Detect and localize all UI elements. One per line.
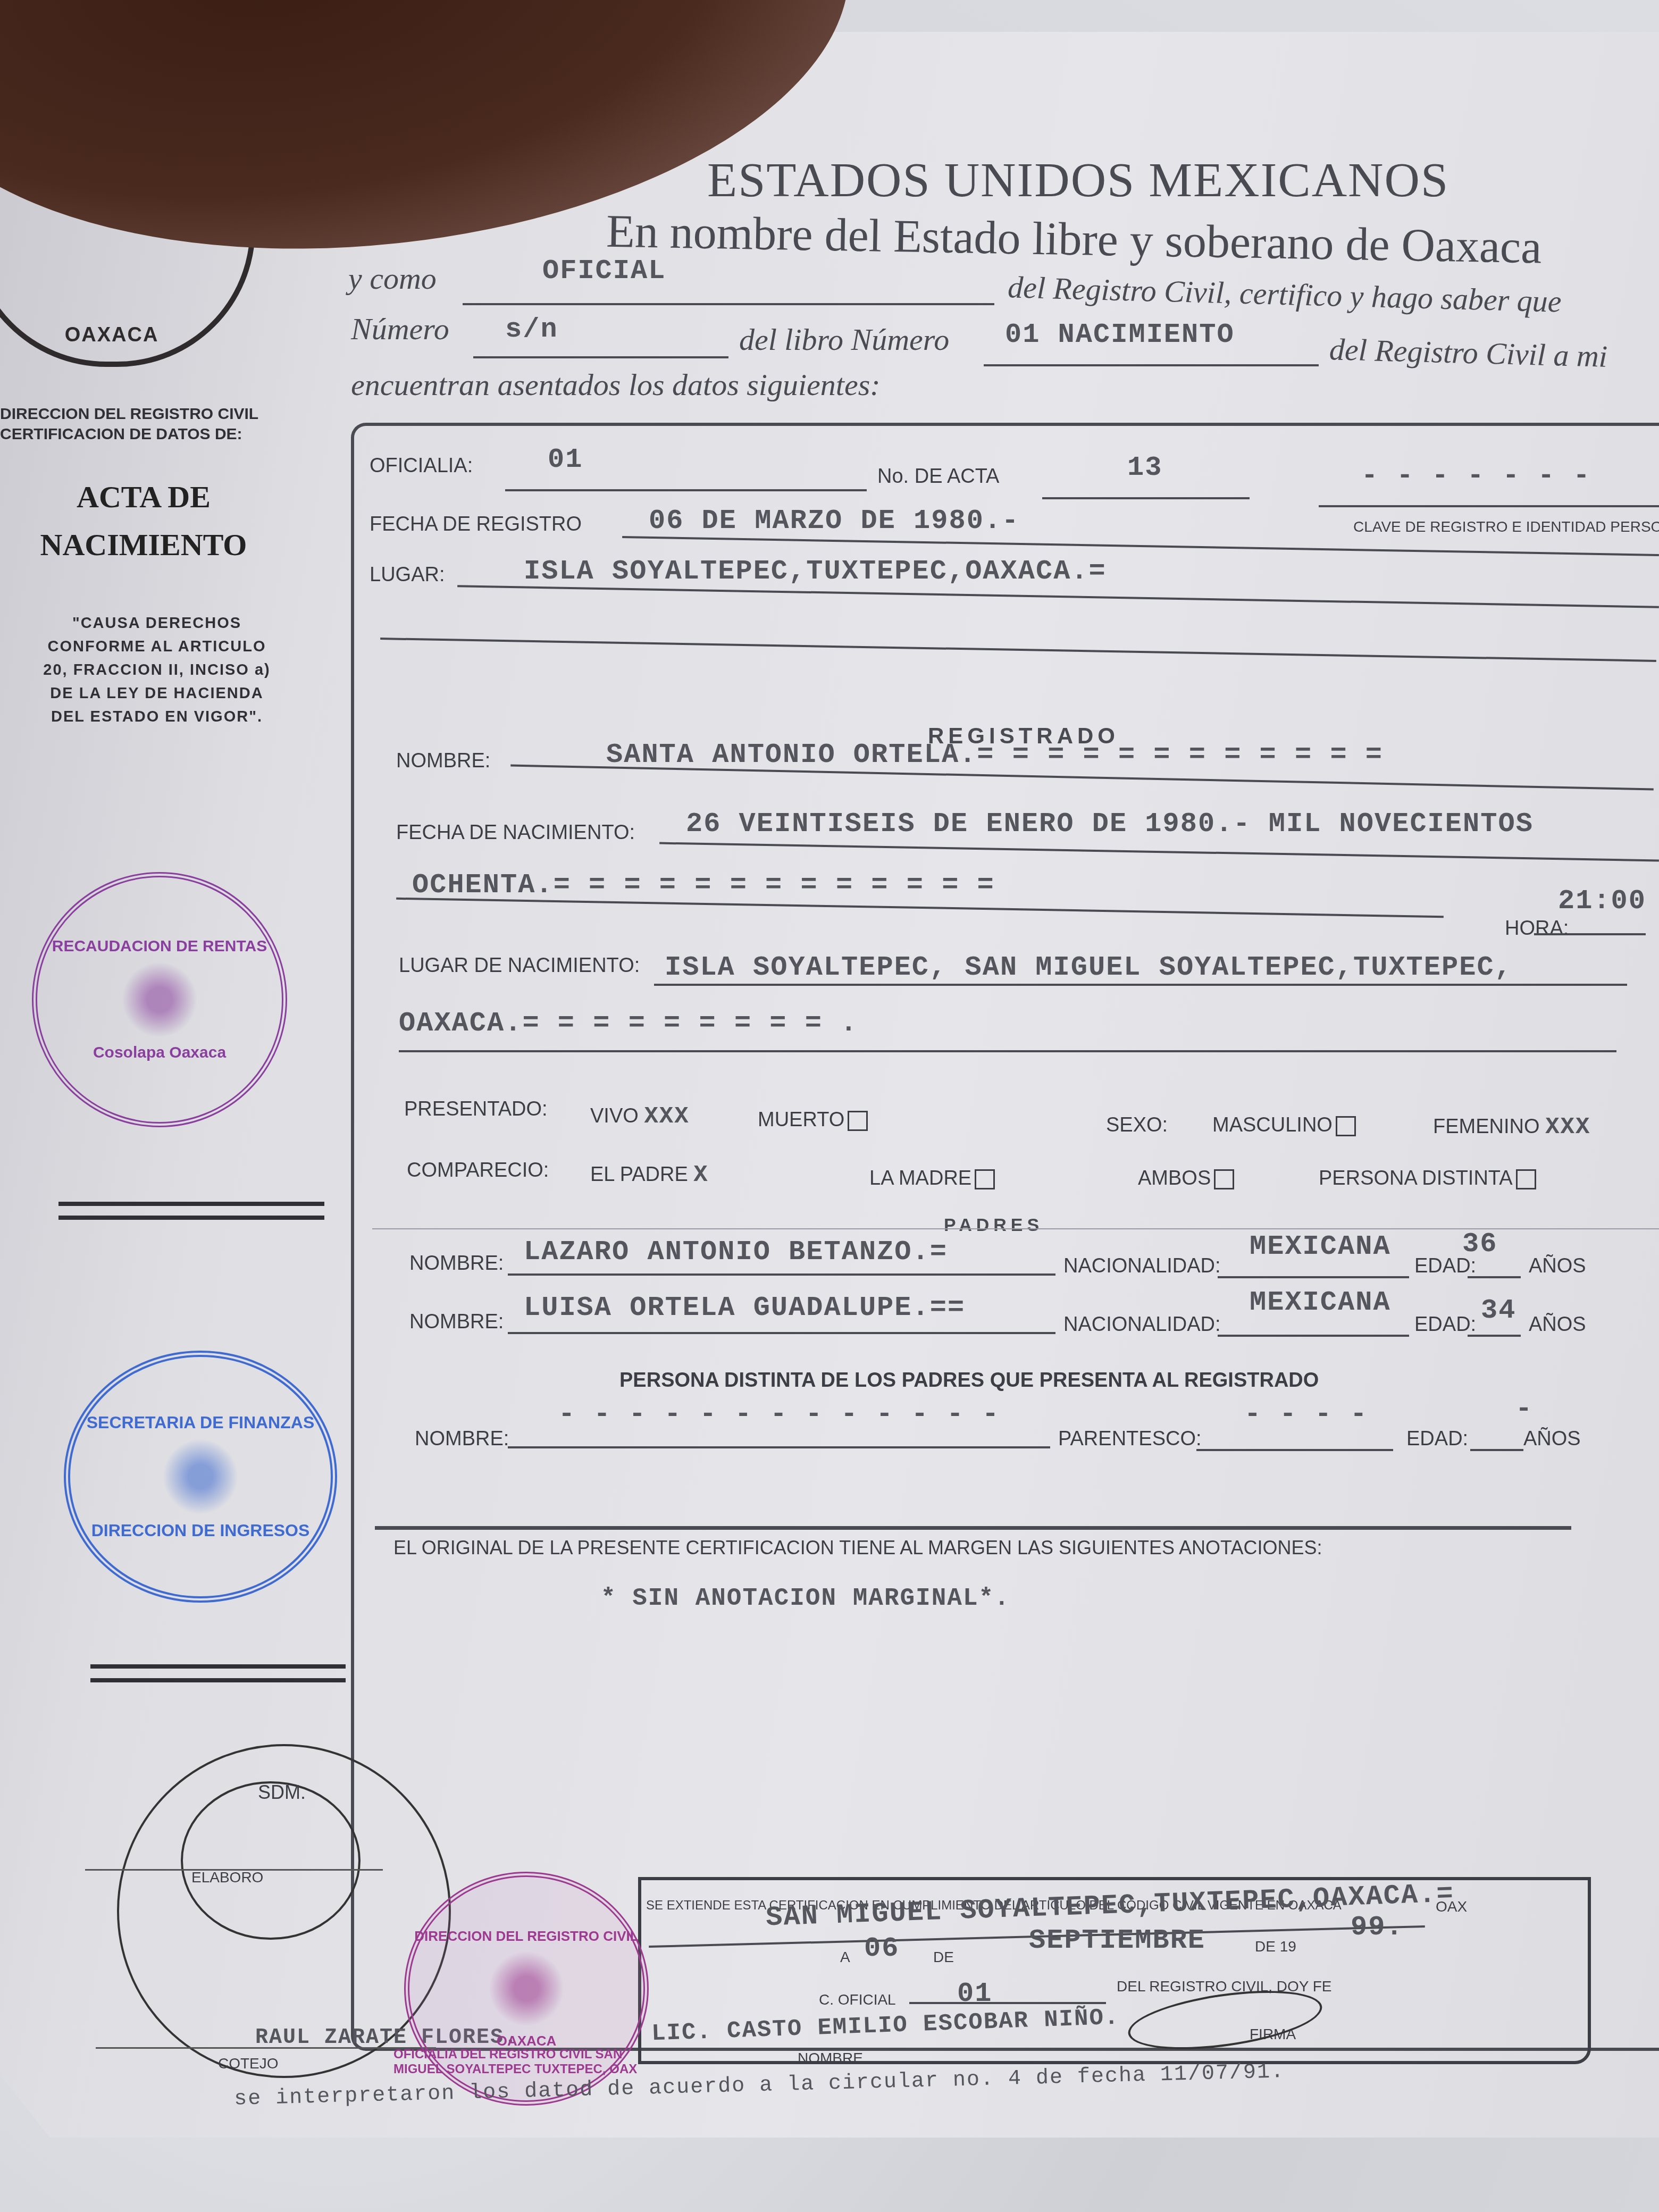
madre-nombre-label: NOMBRE: (409, 1311, 504, 1334)
persona-distinta-label: PERSONA DISTINTA (1319, 1167, 1513, 1189)
clave-value: - - - - - - - (1361, 460, 1591, 491)
padre-nombre-value: LAZARO ANTONIO BETANZO.= (524, 1236, 948, 1268)
padre-checked-mark: X (693, 1162, 708, 1188)
masculino-checkbox[interactable] (1336, 1116, 1356, 1136)
doy-fe-text: DEL REGISTRO CIVIL, DOY FE (1117, 1978, 1332, 1995)
madre-nombre-value: LUISA ORTELA GUADALUPE.== (524, 1292, 965, 1323)
persona-distinta-title: PERSONA DISTINTA DE LOS PADRES QUE PRESE… (619, 1369, 1319, 1392)
eagle-emblem-icon (479, 1949, 574, 2029)
sexo-label: SEXO: (1106, 1114, 1168, 1137)
nombre-label: NOMBRE: (396, 750, 490, 773)
madre-anos-label: AÑOS (1529, 1313, 1586, 1336)
oax-label: OAX (1436, 1898, 1467, 1915)
stamp-bottom-text: Cosolapa Oaxaca (52, 1044, 267, 1062)
padre-label: EL PADRE (590, 1163, 688, 1186)
hora-value: 21:00 (1558, 885, 1646, 917)
underline (463, 303, 994, 305)
femenino-option[interactable]: FEMENINO XXX (1433, 1114, 1590, 1141)
de-19-label: DE 19 (1255, 1938, 1296, 1955)
persona-distinta-option[interactable]: PERSONA DISTINTA (1319, 1167, 1536, 1190)
underline (96, 2047, 436, 2049)
masculino-option[interactable]: MASCULINO (1212, 1114, 1356, 1137)
madre-edad-label: EDAD: (1414, 1313, 1476, 1336)
vivo-label: VIVO (590, 1105, 639, 1127)
lugar-nacimiento-value-continued: OAXACA.= = = = = = = = = . (399, 1008, 858, 1039)
direction-line-2: CERTIFICACION DE DATOS DE: (0, 424, 276, 445)
state-subheading: En nombre del Estado libre y soberano de… (606, 205, 1542, 275)
direction-heading: DIRECCION DEL REGISTRO CIVIL CERTIFICACI… (0, 404, 276, 445)
document-title-line-1: ACTA DE (11, 473, 276, 521)
line2-suffix: del Registro Civil a mi (1329, 331, 1608, 374)
underline (1468, 1335, 1521, 1337)
stamp-outer-text: SECRETARIA DE FINANZAS (87, 1413, 314, 1432)
anotaciones-label: EL ORIGINAL DE LA PRESENTE CERTIFICACION… (393, 1537, 1322, 1559)
secretaria-finanzas-stamp: SECRETARIA DE FINANZAS DIRECCION DE INGR… (64, 1351, 337, 1603)
official-title-value: OFICIAL (542, 255, 666, 287)
oficialia-stamp-text: OFICIALIA DEL REGISTRO CIVIL SAN MIGUEL … (393, 2047, 638, 2077)
stamp-outer-text: RECAUDACION DE RENTAS (52, 937, 267, 956)
underline (399, 1050, 1616, 1052)
clave-label: CLAVE DE REGISTRO E IDENTIDAD PERSO (1353, 518, 1659, 535)
de-label: DE (933, 1949, 954, 1966)
vivo-option[interactable]: VIVO XXX (590, 1103, 690, 1130)
padres-section-title: PADRES (944, 1215, 1043, 1236)
no-acta-label: No. DE ACTA (877, 465, 999, 488)
underline (508, 1446, 1050, 1448)
parentesco-label: PARENTESCO: (1058, 1428, 1202, 1451)
lugar-label: LUGAR: (370, 564, 445, 586)
underline (654, 984, 1627, 986)
femenino-checked-mark: XXX (1545, 1114, 1590, 1141)
no-acta-value: 13 (1127, 452, 1162, 483)
padre-anos-label: AÑOS (1529, 1255, 1586, 1278)
country-heading: ESTADOS UNIDOS MEXICANOS (707, 152, 1449, 208)
interpretation-note: se interpretaron los datod de acuerdo a … (234, 2060, 1285, 2112)
padre-option[interactable]: EL PADRE X (590, 1162, 709, 1188)
a-label: A (840, 1949, 850, 1966)
line2-middle: del libro Número (739, 322, 949, 357)
underline (1218, 1276, 1409, 1278)
madre-nacionalidad-label: NACIONALIDAD: (1063, 1313, 1221, 1336)
elaboro-signature-icon (181, 1781, 361, 1940)
underline (1470, 1449, 1523, 1451)
underline (1218, 1335, 1409, 1337)
padre-nacionalidad-label: NACIONALIDAD: (1063, 1255, 1221, 1278)
oficial-value: 01 (957, 1978, 992, 2009)
book-number-value: 01 NACIMIENTO (1005, 319, 1235, 350)
fecha-registro-value: 06 DE MARZO DE 1980.- (649, 505, 1019, 537)
underline (984, 364, 1319, 366)
elaboro-initials: SDM. (258, 1781, 306, 1804)
recaudacion-rentas-stamp: RECAUDACION DE RENTAS Cosolapa Oaxaca (32, 872, 287, 1127)
certification-day-value: 06 (864, 1933, 899, 1964)
vivo-checked-mark: XXX (644, 1103, 689, 1130)
fecha-registro-label: FECHA DE REGISTRO (370, 513, 582, 536)
underline (1534, 933, 1646, 935)
underline (1468, 1276, 1521, 1278)
divider (58, 1202, 324, 1220)
presentado-label: PRESENTADO: (404, 1098, 548, 1121)
comparecio-label: COMPARECIO: (407, 1159, 549, 1182)
oficialia-value: 01 (548, 444, 583, 475)
section-divider (375, 1526, 1571, 1530)
fecha-nacimiento-value: 26 VEINTISEIS DE ENERO DE 1980.- MIL NOV… (686, 808, 1534, 840)
madre-checkbox[interactable] (975, 1169, 995, 1189)
divider (90, 1664, 346, 1682)
cotejo-label: COTEJO (218, 2055, 279, 2072)
fecha-nacimiento-value-continued: OCHENTA.= = = = = = = = = = = = = (412, 869, 995, 901)
ambos-label: AMBOS (1138, 1167, 1211, 1189)
elaboro-label: ELABORO (191, 1869, 263, 1886)
document-title-line-2: NACIMIENTO (11, 521, 276, 569)
underline (1042, 497, 1250, 499)
birth-certificate-document: OAXACA DIRECCION DEL REGISTRO CIVIL CERT… (0, 32, 1659, 2138)
persona-nombre-label: NOMBRE: (415, 1428, 509, 1451)
underline (1196, 1449, 1393, 1451)
line1-prefix: y como (348, 261, 437, 296)
anotaciones-value: * SIN ANOTACION MARGINAL*. (601, 1585, 1010, 1612)
muerto-option[interactable]: MUERTO (758, 1109, 868, 1132)
underline (473, 356, 728, 358)
ambos-option[interactable]: AMBOS (1138, 1167, 1234, 1190)
muerto-checkbox[interactable] (848, 1111, 868, 1131)
underline (1319, 505, 1659, 507)
direction-line-1: DIRECCION DEL REGISTRO CIVIL (0, 404, 276, 424)
lugar-nacimiento-label: LUGAR DE NACIMIENTO: (399, 954, 640, 977)
parentesco-value: - - - - (1244, 1398, 1368, 1430)
underline (508, 1273, 1055, 1276)
muerto-label: MUERTO (758, 1109, 844, 1131)
femenino-label: FEMENINO (1433, 1116, 1540, 1138)
madre-label: LA MADRE (869, 1167, 971, 1189)
underline (508, 1332, 1055, 1334)
registrado-nombre-value: SANTA ANTONIO ORTELA.= = = = = = = = = =… (606, 739, 1383, 770)
nombre-label: NOMBRE (798, 2050, 863, 2067)
persona-nombre-value: - - - - - - - - - - - - - (558, 1398, 1000, 1430)
certification-month-value: SEPTIEMBRE (1029, 1925, 1205, 1956)
oficialia-label: OFICIALIA: (370, 455, 473, 477)
underline (909, 2002, 1106, 2004)
stamp-bottom-text: DIRECCION DE INGRESOS (87, 1521, 314, 1540)
madre-option[interactable]: LA MADRE (869, 1167, 995, 1190)
persona-distinta-checkbox[interactable] (1516, 1169, 1536, 1189)
persona-edad-label: EDAD: (1406, 1428, 1468, 1451)
fecha-nacimiento-label: FECHA DE NACIMIENTO: (396, 822, 635, 844)
certification-year-value: 99. (1351, 1912, 1404, 1943)
causa-derechos-note: "CAUSA DERECHOS CONFORME AL ARTICULO 20,… (37, 611, 276, 728)
persona-anos-label: AÑOS (1523, 1428, 1581, 1451)
madre-nacionalidad-value: MEXICANA (1250, 1287, 1391, 1318)
padre-nombre-label: NOMBRE: (409, 1252, 504, 1275)
ambos-checkbox[interactable] (1214, 1169, 1234, 1189)
record-number-value: s/n (505, 314, 558, 345)
lugar-nacimiento-value: ISLA SOYALTEPEC, SAN MIGUEL SOYALTEPEC,T… (665, 952, 1512, 983)
underline (505, 489, 867, 491)
eagle-emblem-icon (153, 1437, 248, 1516)
padre-nacionalidad-value: MEXICANA (1250, 1231, 1391, 1262)
line2-prefix: Número (351, 311, 449, 347)
padre-edad-value: 36 (1462, 1228, 1497, 1260)
madre-edad-value: 34 (1481, 1295, 1516, 1326)
document-title: ACTA DE NACIMIENTO (11, 473, 276, 569)
line3: encuentran asentados los datos siguiente… (351, 367, 881, 403)
stamp-outer-text: DIRECCION DEL REGISTRO CIVIL (414, 1928, 638, 1945)
lugar-value: ISLA SOYALTEPEC,TUXTEPEC,OAXACA.= (524, 556, 1107, 587)
masculino-label: MASCULINO (1212, 1114, 1333, 1136)
line1-suffix: del Registro Civil, certifico y hago sab… (1007, 269, 1562, 319)
hora-label: HORA: (1505, 917, 1569, 940)
seal-text: OAXACA (65, 324, 159, 347)
persona-edad-value: - (1515, 1393, 1533, 1425)
eagle-emblem-icon (112, 960, 207, 1040)
oficial-label: C. OFICIAL (819, 1991, 896, 2008)
